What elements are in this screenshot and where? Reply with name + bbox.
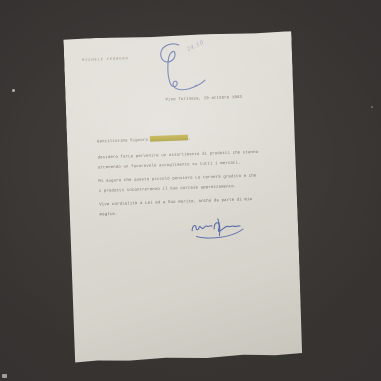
letterhead: MICHELE FERRERO <box>82 57 129 63</box>
ink-initial-r <box>149 41 207 95</box>
letter-paper: MICHELE FERRERO R 24.10 Pino Torinese, 2… <box>63 31 302 363</box>
ink-stroke <box>192 225 212 231</box>
photo-background: MICHELE FERRERO R 24.10 Pino Torinese, 2… <box>0 0 381 381</box>
ink-stroke <box>214 222 240 232</box>
salutation-line: Gentilissima Signora, <box>97 131 267 147</box>
salutation-comma: , <box>188 136 191 141</box>
signature: Michele Ferrero <box>190 216 249 244</box>
handwritten-initial: R <box>149 41 207 95</box>
dateline: Pino Torinese, 29 ottobre 1983 <box>166 95 243 102</box>
dust-speck <box>12 89 15 92</box>
letter-body: Gentilissima Signora, desidero farLe per… <box>97 131 270 220</box>
redacted-name-highlight <box>150 135 188 142</box>
salutation-text: Gentilissima Signora <box>97 138 148 144</box>
ink-stroke <box>160 43 205 91</box>
dust-speck <box>371 106 373 108</box>
signature-ink <box>190 216 249 242</box>
dust-speck <box>2 374 7 378</box>
paragraph: Mi auguro che questo piccolo pensiero Le… <box>98 171 269 197</box>
paragraph: desidero farLe pervenire un assortimento… <box>97 147 268 173</box>
